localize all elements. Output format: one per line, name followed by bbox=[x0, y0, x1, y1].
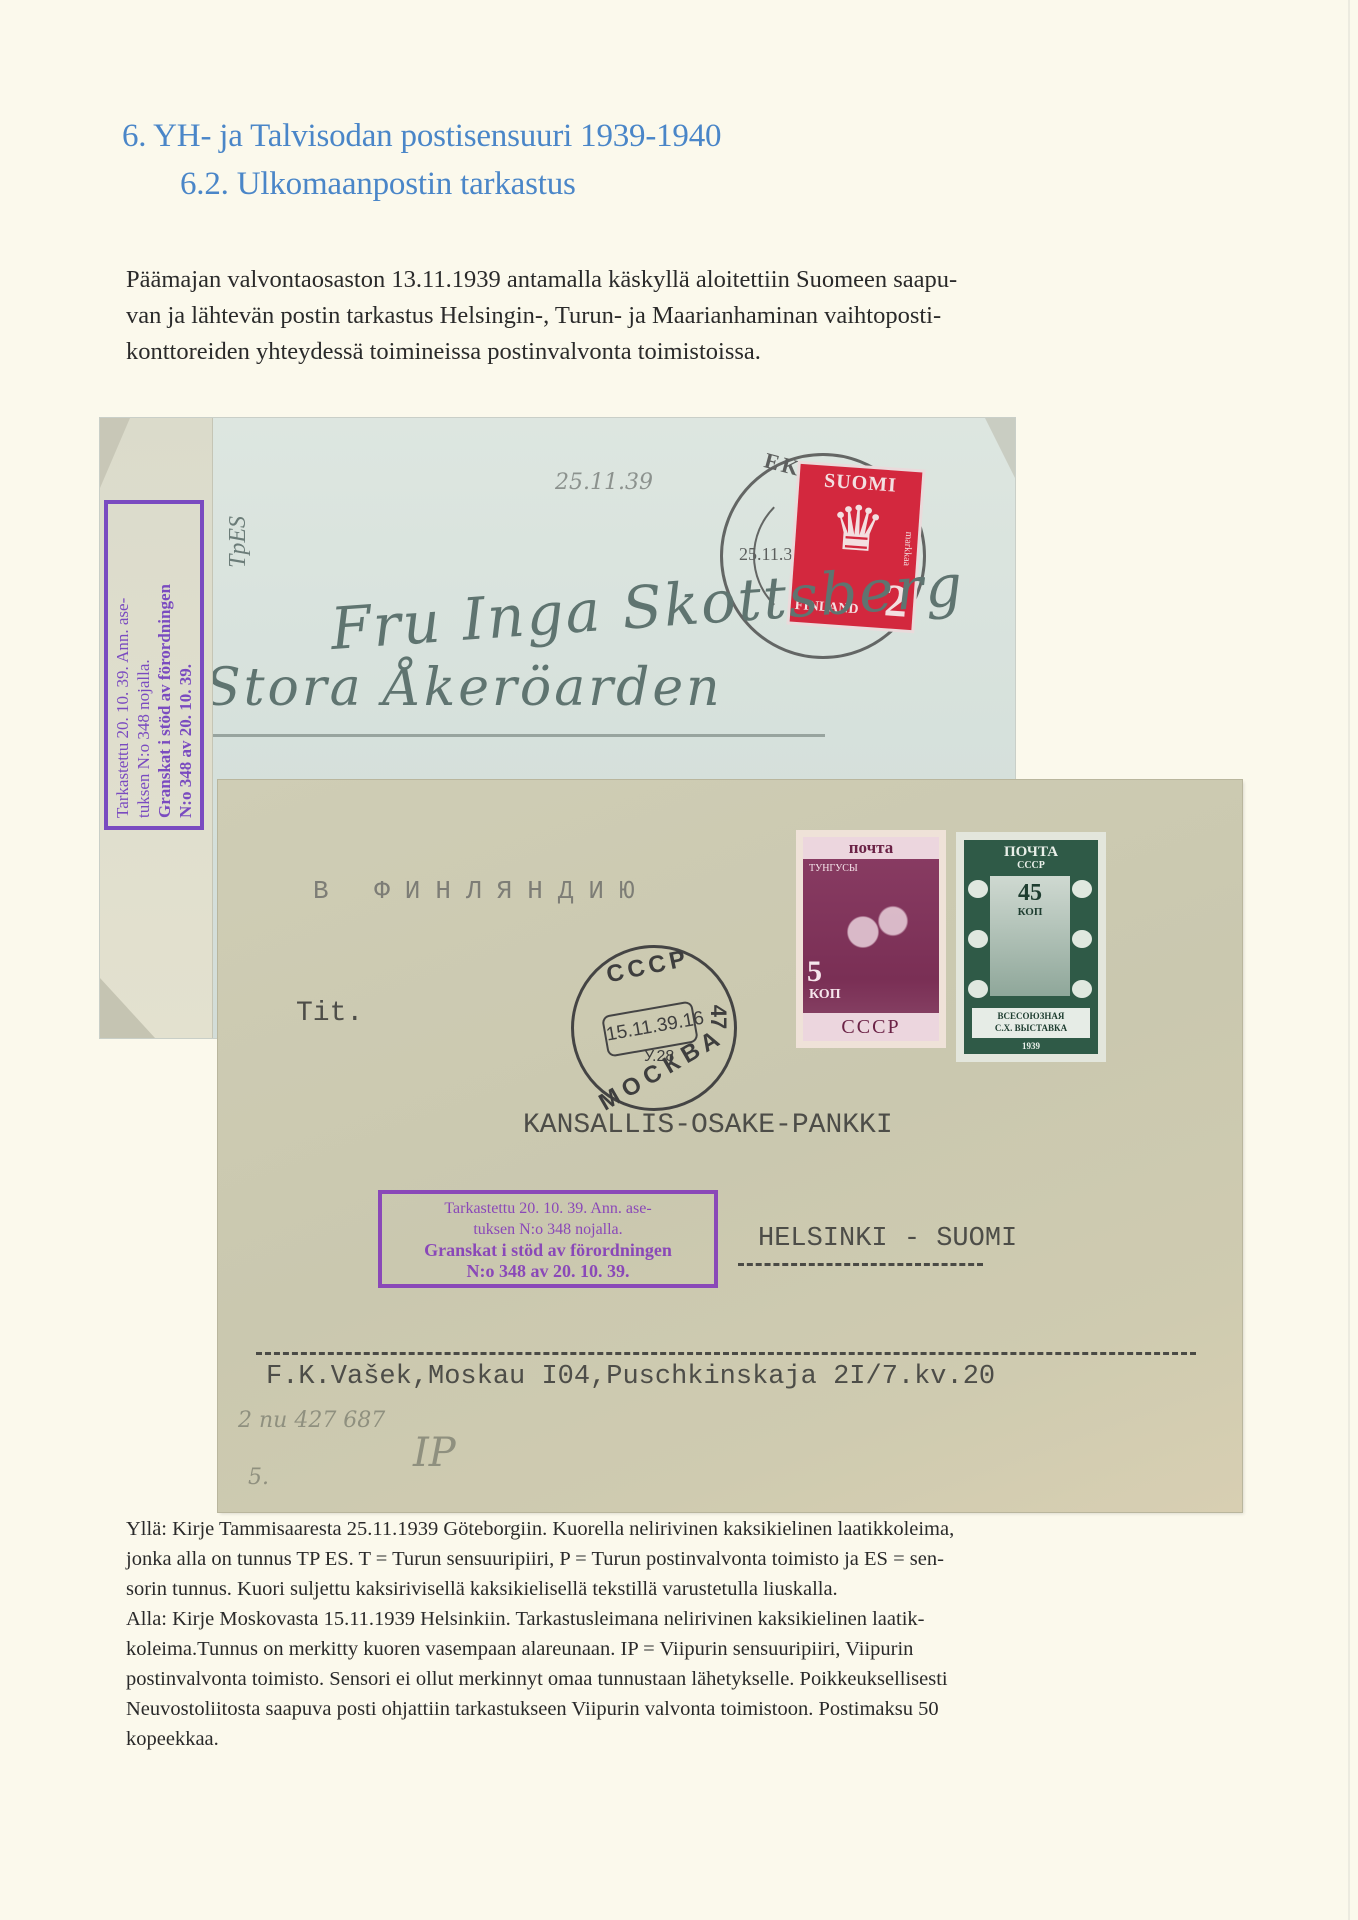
destination-russian: В ФИНЛЯНДИЮ bbox=[313, 876, 650, 906]
caption-line: postinvalvonta toimisto. Sensori ei ollu… bbox=[126, 1664, 1236, 1694]
stamp-artwork: ПОЧТА СССР 45 КОП ВСЕСОЮЗНАЯ С.Х. ВЫСТАВ… bbox=[964, 840, 1098, 1054]
censor-box-stamp: Tarkastettu 20. 10. 39. Ann. ase- tuksen… bbox=[104, 500, 204, 830]
censor-line: Tarkastettu 20. 10. 39. Ann. ase- bbox=[382, 1198, 714, 1219]
censor-line: tuksen N:o 348 nojalla. bbox=[382, 1219, 714, 1240]
caption-line: Yllä: Kirje Tammisaaresta 25.11.1939 Göt… bbox=[126, 1514, 1236, 1544]
intro-line: van ja lähtevän postin tarkastus Helsing… bbox=[126, 298, 1226, 334]
handwritten-address-line: Stora Åkeröarden bbox=[205, 658, 723, 718]
caption-line: koleima.Tunnus on merkitty kuoren vasemp… bbox=[126, 1634, 1236, 1664]
moscow-postmark: СССР 15.11.39.16 У.28 47 МОСКВА bbox=[571, 945, 737, 1111]
section-subtitle: 6.2. Ulkomaanpostin tarkastus bbox=[180, 166, 576, 203]
pencil-note: 5. bbox=[248, 1465, 269, 1490]
caption-line: kopeekkaa. bbox=[126, 1724, 1236, 1754]
censor-code-note: IP bbox=[413, 1430, 456, 1476]
stamp-banner: ВСЕСОЮЗНАЯ С.Х. ВЫСТАВКА bbox=[972, 1008, 1090, 1038]
censor-closing-strip: Tarkastettu 20. 10. 39. Ann. ase- tuksen… bbox=[100, 418, 212, 1038]
sender-address: F.K.Vašek,Moskau I04,Puschkinskaja 2I/7.… bbox=[266, 1362, 995, 1392]
ussr-5kop-stamp: почта ТУНГУСЫ 5 КОП СССР bbox=[796, 830, 946, 1048]
recipient-city: HELSINKI - SUOMI bbox=[758, 1224, 1017, 1254]
stamp-unit: КОП bbox=[809, 987, 841, 1003]
strip-fold bbox=[100, 418, 130, 488]
censor-box-stamp: Tarkastettu 20. 10. 39. Ann. ase- tuksen… bbox=[378, 1190, 718, 1288]
banner-line: ВСЕСОЮЗНАЯ bbox=[972, 1010, 1090, 1022]
salutation: Tit. bbox=[296, 998, 363, 1029]
censor-line: Granskat i stöd av förordningen bbox=[154, 512, 175, 818]
stamp-window: 45 КОП bbox=[990, 876, 1070, 996]
strip-fold bbox=[100, 978, 155, 1038]
stamp-value: 5 bbox=[807, 957, 822, 987]
flower-icon bbox=[968, 880, 988, 898]
stamp-subject: ТУНГУСЫ bbox=[809, 863, 858, 874]
envelope-corner-flap bbox=[985, 418, 1015, 478]
recipient-name: KANSALLIS-OSAKE-PANKKI bbox=[523, 1110, 893, 1141]
ussr-45kop-stamp: ПОЧТА СССР 45 КОП ВСЕСОЮЗНАЯ С.Х. ВЫСТАВ… bbox=[956, 832, 1106, 1062]
pencil-date-note: 25.11.39 bbox=[555, 470, 653, 495]
stamp-header: ПОЧТА bbox=[964, 844, 1098, 861]
stamp-unit: КОП bbox=[990, 906, 1070, 918]
censor-line: N:o 348 av 20. 10. 39. bbox=[382, 1261, 714, 1282]
pencil-note: 2 nu 427 687 bbox=[238, 1408, 385, 1433]
caption-line: Neuvostoliitosta saapuva posti ohjattiin… bbox=[126, 1694, 1236, 1724]
page-title: 6. YH- ja Talvisodan postisensuuri 1939-… bbox=[122, 118, 721, 155]
postmark-top-text: СССР bbox=[604, 945, 692, 990]
soviet-envelope: В ФИНЛЯНДИЮ Tit. СССР 15.11.39.16 У.28 4… bbox=[218, 780, 1242, 1512]
intro-line: Päämajan valvontaosaston 13.11.1939 anta… bbox=[126, 262, 1226, 298]
intro-paragraph: Päämajan valvontaosaston 13.11.1939 anta… bbox=[126, 262, 1226, 370]
dashed-underline bbox=[738, 1263, 983, 1266]
dashed-separator bbox=[256, 1352, 1196, 1355]
intro-line: konttoreiden yhteydessä toimineissa post… bbox=[126, 334, 1226, 370]
censor-line: tuksen N:o 348 nojalla. bbox=[133, 512, 154, 818]
banner-line: С.Х. ВЫСТАВКА bbox=[972, 1022, 1090, 1034]
stamp-country: СССР bbox=[803, 1013, 939, 1041]
caption-line: jonka alla on tunnus TP ES. T = Turun se… bbox=[126, 1544, 1236, 1574]
censor-line: N:o 348 av 20. 10. 39. bbox=[175, 512, 196, 818]
page-edge bbox=[1348, 0, 1350, 1920]
stamp-header: почта bbox=[803, 837, 939, 859]
censor-initials: TpES bbox=[225, 516, 252, 568]
caption-line: Alla: Kirje Moskovasta 15.11.1939 Helsin… bbox=[126, 1604, 1236, 1634]
figures-illustration bbox=[823, 877, 923, 987]
censor-line: Tarkastettu 20. 10. 39. Ann. ase- bbox=[112, 512, 133, 818]
caption-paragraph: Yllä: Kirje Tammisaaresta 25.11.1939 Göt… bbox=[126, 1514, 1236, 1754]
stamp-year: 1939 bbox=[964, 1041, 1098, 1051]
flower-icon bbox=[1072, 930, 1092, 948]
censor-line: Granskat i stöd av förordningen bbox=[382, 1240, 714, 1261]
flower-icon bbox=[1072, 980, 1092, 998]
address-underline bbox=[205, 734, 825, 737]
caption-line: sorin tunnus. Kuori suljettu kaksirivise… bbox=[126, 1574, 1236, 1604]
flower-icon bbox=[968, 980, 988, 998]
flower-icon bbox=[1072, 880, 1092, 898]
stamp-country: СССР bbox=[964, 860, 1098, 871]
flower-icon bbox=[968, 930, 988, 948]
stamp-value: 45 bbox=[990, 880, 1070, 907]
stamp-artwork: почта ТУНГУСЫ 5 КОП СССР bbox=[803, 837, 939, 1041]
